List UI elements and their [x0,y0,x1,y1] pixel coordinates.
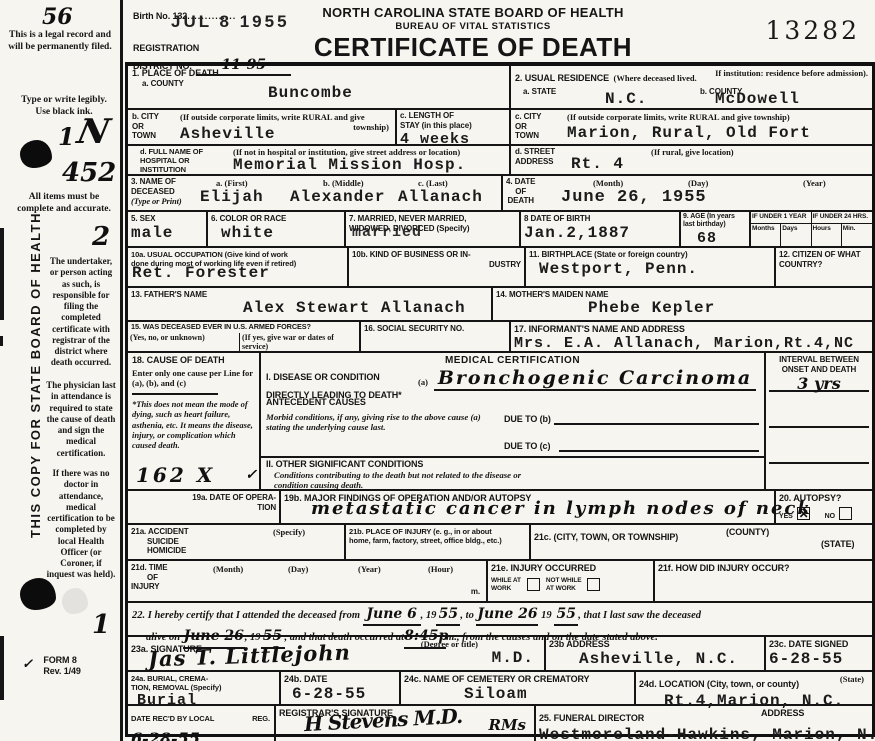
s21e-label: 21e. INJURY OCCURRED [491,563,650,574]
s20-label: 20. AUTOPSY? [779,493,869,504]
s3-first-label: a. (First) [216,178,248,188]
interval-line-c [769,428,869,464]
row-accident: 21a. ACCIDENTSUICIDEHOMICIDE (Specify) 2… [128,525,872,561]
s14-value: Phebe Kepler [588,299,715,317]
s9-label: 9. AGE (In yearslast birthday) [683,213,747,230]
scan-artifact [0,336,3,346]
s2b-county-value: McDowell [715,90,800,108]
s20-no-label: NO [825,513,835,520]
s11-value: Westport, Penn. [539,260,771,278]
certificate-title: CERTIFICATE OF DEATH [233,32,713,63]
row-forces-informant: 15. WAS DECEASED EVER IN U.S. ARMED FORC… [128,322,872,353]
s25-value: Westmoreland-Hawkins, Marion, N.C. [539,726,875,741]
section-date-received: DATE REC'D BY LOCAL REG. 6-28-55 [128,706,276,741]
section-24b-date: 24b. DATE 6-28-55 [281,672,401,704]
section-24c-cemetery: 24c. NAME OF CEMETERY OR CREMATORY Siloa… [401,672,636,704]
row-medical-certification: 18. CAUSE OF DEATH Enter only one cause … [128,353,872,491]
s24b-value: 6-28-55 [292,685,396,703]
death-certificate-scan: { "colors": { "paper": "#f6f5f0", "ink":… [0,0,875,741]
row-signature: 23a. SIGNATURE Jas T. Littlejohn (Degree… [128,637,872,672]
section-21b-place-of-injury: 21b. PLACE OF INJURY (e. g., in or about… [346,525,531,559]
s1c-label: c. LENGTH OFSTAY (in this place) [400,111,506,130]
s12-label: 12. CITIZEN OF WHATCOUNTRY? [779,250,869,269]
s9-days-label: Days [781,224,811,246]
section-13-father: 13. FATHER'S NAME Alex Stewart Allanach [128,288,493,320]
section-2-usual-residence: 2. USUAL RESIDENCE (Where deceased lived… [511,66,872,174]
s23-degree-value: M.D. [492,649,534,667]
s19b-value: metastatic cancer in lymph nodes of neck [311,498,812,519]
section-8-date-of-birth: 8 DATE OF BIRTH Jan.2,1887 [521,212,681,246]
section-7-marital: 7. MARRIED, NEVER MARRIED,WIDOWED, DIVOR… [346,212,521,246]
s20-yes-label: YES [779,513,793,520]
s8-value: Jan.2,1887 [524,224,676,242]
board-name: NORTH CAROLINA STATE BOARD OF HEALTH [233,5,713,21]
section-10b-industry: 10b. KIND OF BUSINESS OR IN-DUSTRY [349,248,526,286]
s21d-hour: (Hour) [428,564,453,574]
s15-label: 15. WAS DECEASED EVER IN U.S. ARMED FORC… [128,322,359,333]
row-place-residence: 1. PLACE OF DEATH a. COUNTY Buncombe b. … [128,66,872,176]
recd-label2: REG. [252,714,270,723]
s23c-value: 6-28-55 [769,650,869,668]
margin-note-undertaker: The undertaker, or person acting as such… [46,256,116,369]
s21d-label: 21d. TIMEOFINJURY [131,563,167,592]
s9-hours-label: Hours [812,224,842,246]
header-center: NORTH CAROLINA STATE BOARD OF HEALTH BUR… [233,5,713,63]
ink-blot [20,140,52,168]
row-parents: 13. FATHER'S NAME Alex Stewart Allanach … [128,288,872,322]
s1-title: 1. PLACE OF DEATH [132,68,505,79]
s3-last-value: Allanach [398,188,483,206]
s9-value: 68 [697,230,747,247]
section-18-cause: 18. CAUSE OF DEATH Enter only one cause … [128,353,261,489]
certificate-form: Birth No. 132.............. JUL 8 1955 R… [120,0,875,741]
s9-under1-label: IF UNDER 1 YEAR [751,212,812,223]
row-name-dateofdeath: 3. NAME OFDECEASED(Type or Print) a. (Fi… [128,176,872,212]
section-9-age: 9. AGE (In yearslast birthday) 68 [681,212,751,246]
s4-label: 4. DATEOFDEATH [506,177,535,206]
s2a-state-value: N.C. [605,90,647,108]
cert-a-line: Bronchogenic Carcinoma [434,367,756,391]
ink-blot [20,578,56,610]
s10b-label: 10b. KIND OF BUSINESS OR IN-DUSTRY [352,250,521,260]
form-header: Birth No. 132.............. JUL 8 1955 R… [123,0,875,62]
s21e-while: WHILE ATWORK [491,577,521,593]
section-12-citizen: 12. CITIZEN OF WHATCOUNTRY? [776,248,872,286]
s21a-specify: (Specify) [273,527,305,537]
left-margin: 56 This is a legal record and will be pe… [0,0,120,741]
s11-label: 11. BIRTHPLACE (State or foreign country… [529,250,771,260]
s3-last-label: c. (Last) [418,178,448,188]
s18-sub: Enter only one cause per Line for (a), (… [132,368,255,388]
s16-label: 16. SOCIAL SECURITY NO. [364,324,506,334]
ink-smudge [62,588,88,614]
s21f-label: 21f. HOW DID INJURY OCCUR? [658,563,869,574]
interval-value: 3 yrs [797,374,840,393]
cert-antecedent-note: Morbid conditions, if any, giving rise t… [266,412,496,433]
margin-form-id: ✓ FORM 8 Rev. 1/49 [22,655,81,677]
interval-line-b [769,392,869,428]
s2c-label: c. CITY OR TOWN [515,112,541,141]
s24a-label: 24a. BURIAL, CREMA-TION, REMOVAL (Specif… [131,674,276,692]
row-injury-detail: 21d. TIMEOFINJURY (Month) (Day) (Year) (… [128,561,872,603]
s21d-m: m. [471,587,480,597]
s2a-label: a. STATE [523,87,556,97]
s10a-value: Ret. Forester [132,264,270,282]
s1b-label: b. CITY OR TOWN [132,112,159,141]
section-6-color-race: 6. COLOR OR RACE white [208,212,346,246]
section-4-date-of-death: 4. DATEOFDEATH (Month) (Day) (Year) June… [503,176,872,210]
s21c-state: (STATE) [821,539,854,550]
s1d-label: d. FULL NAME OF HOSPITAL OR INSTITUTION [140,147,203,174]
section-16-ssn: 16. SOCIAL SECURITY NO. [361,322,511,351]
section-20-autopsy: 20. AUTOPSY? YES ✕ NO [776,491,872,523]
section-14-mother: 14. MOTHER'S MAIDEN NAME Phebe Kepler [493,288,872,320]
cert-cause-value: Bronchogenic Carcinoma [438,367,752,389]
s21d-year: (Year) [358,564,381,574]
s24d-label: 24d. LOCATION (City, town, or county) [639,679,799,689]
section-15-armed-forces: 15. WAS DECEASED EVER IN U.S. ARMED FORC… [128,322,361,351]
s3-middle-label: b. (Middle) [323,178,364,188]
section-registrar-signature: REGISTRAR'S SIGNATURE H Stevens M.D. RMs [276,706,536,741]
s4-year-label: (Year) [803,178,826,188]
recd-label: DATE REC'D BY LOCAL [131,714,214,723]
row-sex-race-age: 5. SEX male 6. COLOR OR RACE white 7. MA… [128,212,872,248]
cert-ii-title: II. OTHER SIGNIFICANT CONDITIONS [266,459,759,470]
s3-label: 3. NAME OFDECEASED(Type or Print) [131,177,189,207]
s1b-paren2: township) [353,122,389,132]
s21a-label: 21a. ACCIDENTSUICIDEHOMICIDE [131,527,189,556]
section-17-informant: 17. INFORMANT'S NAME AND ADDRESS Mrs. E.… [511,322,872,351]
s23c-label: 23c. DATE SIGNED [769,639,869,650]
section-25-funeral-director: 25. FUNERAL DIRECTOR ADDRESS Westmorelan… [536,706,875,741]
s6-value: white [221,224,341,242]
medical-certification: MEDICAL CERTIFICATION I. DISEASE OR COND… [261,353,766,489]
section-21a-accident: 21a. ACCIDENTSUICIDEHOMICIDE (Specify) [128,525,346,559]
s24d-state-label: (State) [840,674,864,684]
s3-first-value: Elijah [200,188,264,206]
s25-address-label: ADDRESS [761,708,804,719]
section-21d-time: 21d. TIMEOFINJURY (Month) (Day) (Year) (… [128,561,488,601]
form-box: 1. PLACE OF DEATH a. COUNTY Buncombe b. … [125,62,875,737]
cert-due-c: DUE TO (c) [504,441,550,452]
interval-column: INTERVAL BETWEENONSET AND DEATH 3 yrs [766,353,872,489]
s9-min-label: Min. [842,224,872,246]
s15-sub1: (Yes, no, or unknown) [128,333,240,352]
s2d-paren: (If rural, give location) [651,147,734,157]
form-revision: Rev. 1/49 [43,666,80,676]
s24c-value: Siloam [464,685,631,703]
margin-note-legal: This is a legal record and will be perma… [6,30,114,54]
section-24d-location: 24d. LOCATION (City, town, or county) (S… [636,672,872,704]
s2c-paren: (If outside corporate limits, write RURA… [567,112,790,122]
margin-vertical-text: THIS COPY FOR STATE BOARD OF HEALTH [28,258,43,538]
cert-ii-note: Conditions contributing to the death but… [274,470,524,491]
s2-title: 2. USUAL RESIDENCE [515,73,609,83]
s4-month-label: (Month) [593,178,623,188]
row-occupation-birthplace: 10a. USUAL OCCUPATION (Give kind of work… [128,248,872,288]
margin-handwritten-1b: 1 [92,610,110,640]
cert-i-label: I. DISEASE OR CONDITIONDIRECTLY LEADING … [266,372,402,400]
s2-title-paren: (Where deceased lived. [614,73,697,83]
s13-value: Alex Stewart Allanach [243,299,466,317]
s9-months-label: Months [751,224,781,246]
section-3-name: 3. NAME OFDECEASED(Type or Print) a. (Fi… [128,176,503,210]
section-9-under-columns: IF UNDER 1 YEAR IF UNDER 24 HRS. Months … [751,212,872,246]
row-operation-autopsy: 19a. DATE OF OPERA-TION 19b. MAJOR FINDI… [128,491,872,525]
s17-value: Mrs. E.A. Allanach, Marion,Rt.4,NC [514,335,869,352]
while-at-work-checkbox [527,578,540,591]
certify-to-year: 55 [556,606,575,622]
s18-handwritten-code: 162 X [136,463,215,487]
s21c-label: 21c. (CITY, TOWN, OR TOWNSHIP) [534,532,678,542]
margin-note-no-doctor: If there was no doctor in attendance, me… [46,468,116,581]
margin-note-physician: The physician last in attendance is requ… [46,380,116,459]
certify-from-date: June 6 [366,606,417,622]
margin-handwritten-2: 2 [92,222,110,252]
section-21c-city: 21c. (CITY, TOWN, OR TOWNSHIP) (COUNTY) … [531,525,872,559]
s24b-label: 24b. DATE [284,674,396,685]
s23b-value: Asheville, N.C. [579,650,761,668]
s2d-label: d. STREETADDRESS [515,147,555,166]
cert-due-b-line [554,408,759,425]
section-23b-address: 23b ADDRESS Asheville, N.C. [546,637,766,670]
autopsy-no-checkbox [839,507,852,520]
s25-label: 25. FUNERAL DIRECTOR [539,713,644,723]
s5-label: 5. SEX [131,214,203,224]
section-19b-findings: 19b. MAJOR FINDINGS OF OPERATION AND/OR … [281,491,776,523]
s3-middle-value: Alexander [290,188,385,206]
scan-artifact [0,228,4,320]
margin-handwritten-56: 56 [42,4,73,30]
s23b-label: 23b ADDRESS [549,639,761,650]
cert-due-c-line [559,435,759,452]
section-11-birthplace: 11. BIRTHPLACE (State or foreign country… [526,248,776,286]
s21d-day: (Day) [288,564,308,574]
row-registrar: DATE REC'D BY LOCAL REG. 6-28-55 REGISTR… [128,706,872,741]
s6-label: 6. COLOR OR RACE [211,214,341,224]
s1b-city-value: Asheville [180,125,275,143]
s9-under24-label: IF UNDER 24 HRS. [812,212,873,223]
s4-day-label: (Day) [688,178,708,188]
section-19a-operation-date: 19a. DATE OF OPERA-TION [128,491,281,523]
s2-title-paren2: If institution: residence before admissi… [715,68,868,78]
margin-handwritten-452: 452 [62,158,116,188]
section-10a-occupation: 10a. USUAL OCCUPATION (Give kind of work… [128,248,349,286]
x-mark-icon: ✕ [799,507,809,521]
registrar-initials: RMs [488,716,526,734]
s1b-paren: (If outside corporate limits, write RURA… [180,112,390,122]
s18-note: *This does not mean the mode of dying, s… [132,399,255,450]
interval-label: INTERVAL BETWEENONSET AND DEATH [769,355,869,374]
recd-value: 6-28-55 [131,729,271,741]
row-certify-statement: 22. I hereby certify that I attended the… [128,603,872,637]
s1d-hospital-value: Memorial Mission Hosp. [233,156,466,174]
section-23a-signature: 23a. SIGNATURE Jas T. Littlejohn (Degree… [128,637,546,670]
s2d-street-value: Rt. 4 [571,155,624,173]
cert-title: MEDICAL CERTIFICATION [266,355,759,367]
s21d-month: (Month) [213,564,243,574]
s2c-city-value: Marion, Rural, Old Fort [567,124,811,142]
certify-to-date: June 26 [477,606,537,622]
s4-value: June 26, 1955 [561,188,707,207]
s18-title: 18. CAUSE OF DEATH [132,355,255,366]
cert-a-label: (a) [418,377,428,387]
check-icon: ✓ [22,657,33,672]
s19a-label: 19a. DATE OF OPERA-TION [131,493,276,512]
section-1-place-of-death: 1. PLACE OF DEATH a. COUNTY Buncombe b. … [128,66,511,174]
certificate-serial-number: 13282 [765,16,860,45]
s1a-county-value: Buncombe [268,84,353,102]
s17-label: 17. INFORMANT'S NAME AND ADDRESS [514,324,869,335]
section-24a-burial: 24a. BURIAL, CREMA-TION, REMOVAL (Specif… [128,672,281,704]
check-icon: ✓ [245,467,257,483]
s24c-label: 24c. NAME OF CEMETERY OR CREMATORY [404,674,631,685]
section-5-sex: 5. SEX male [128,212,208,246]
margin-handwritten-1: 1 [58,122,75,151]
section-21e-occurred: 21e. INJURY OCCURRED WHILE ATWORK NOT WH… [488,561,655,601]
s15-sub2: (If yes, give war or dates of service) [240,333,359,352]
section-21f-how: 21f. HOW DID INJURY OCCUR? [655,561,872,601]
not-while-at-work-checkbox [587,578,600,591]
s8-label: 8 DATE OF BIRTH [524,214,676,224]
bureau-name: BUREAU OF VITAL STATISTICS [233,21,713,32]
section-23c-date-signed: 23c. DATE SIGNED 6-28-55 [766,637,872,670]
row-burial: 24a. BURIAL, CREMA-TION, REMOVAL (Specif… [128,672,872,706]
s7-value: married [352,224,422,241]
certify-from-year: 55 [439,606,458,622]
s21e-not: NOT WHILEAT WORK [546,577,582,593]
s21b-label: 21b. PLACE OF INJURY (e. g., in or about… [349,527,526,545]
s5-value: male [131,224,203,242]
s21c-county: (COUNTY) [726,527,769,538]
cert-due-b: DUE TO (b) [504,414,551,425]
scan-artifact [0,636,4,700]
autopsy-yes-checkbox: ✕ [797,507,810,520]
form-number: FORM 8 [43,655,76,665]
s23-degree-label: (Degree or title) [421,639,478,649]
